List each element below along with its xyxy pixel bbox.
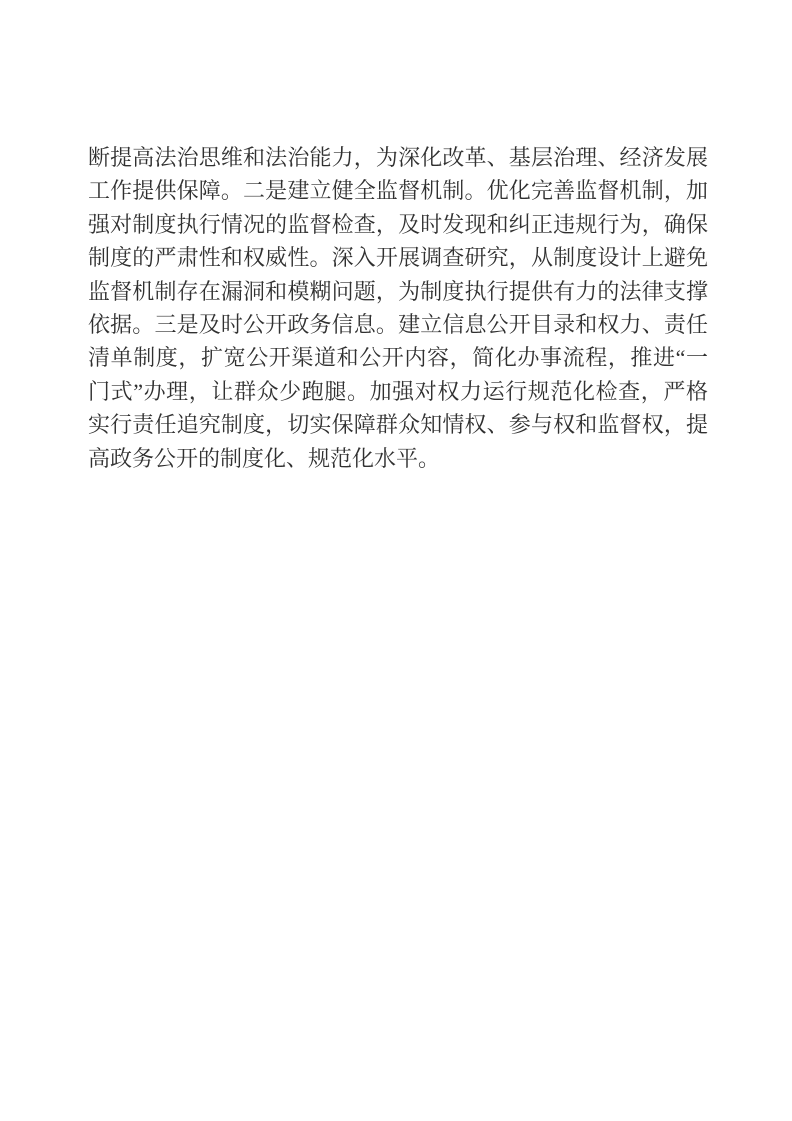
text-line: 工作提供保障。二是建立健全监督机制。优化完善监督机制，加	[88, 174, 708, 207]
text-line: 门式”办理，让群众少跑腿。加强对权力运行规范化检查，严格	[88, 375, 708, 408]
text-line: 清单制度，扩宽公开渠道和公开内容，简化办事流程，推进“一	[88, 341, 708, 374]
text-line: 实行责任追究制度，切实保障群众知情权、参与权和监督权，提	[88, 408, 708, 441]
paragraph: 断提高法治思维和法治能力，为深化改革、基层治理、经济发展 工作提供保障。二是建立…	[88, 141, 708, 475]
text-line: 依据。三是及时公开政务信息。建立信息公开目录和权力、责任	[88, 308, 708, 341]
text-line: 高政务公开的制度化、规范化水平。	[88, 442, 708, 475]
document-page: 断提高法治思维和法治能力，为深化改革、基层治理、经济发展 工作提供保障。二是建立…	[0, 0, 792, 1121]
text-line: 制度的严肃性和权威性。深入开展调查研究，从制度设计上避免	[88, 241, 708, 274]
text-line: 监督机制存在漏洞和模糊问题，为制度执行提供有力的法律支撑	[88, 275, 708, 308]
text-line: 断提高法治思维和法治能力，为深化改革、基层治理、经济发展	[88, 141, 708, 174]
text-line: 强对制度执行情况的监督检查，及时发现和纠正违规行为，确保	[88, 208, 708, 241]
